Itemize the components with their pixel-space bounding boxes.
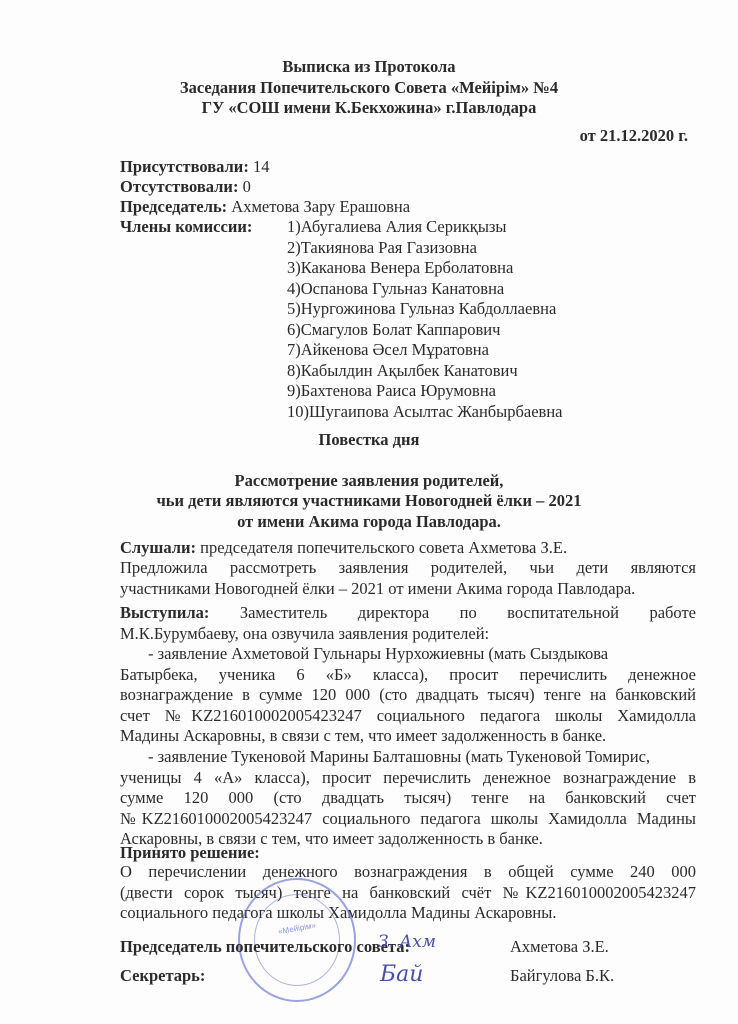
secretary-signature: Бай <box>380 962 423 987</box>
decision-label: Принято решение: <box>120 843 260 863</box>
title-line-2: Заседания Попечительского Совета «Мейірі… <box>0 78 738 98</box>
present-value: 14 <box>249 157 270 176</box>
statement-2-row-2: ученицы 4 «А» класса), просит перечислит… <box>120 768 696 789</box>
heard-row-1: Предложила рассмотреть заявления родител… <box>120 558 696 579</box>
statement-2-row-3: сумме 120 000 (сто двадцать тысяч) тенге… <box>120 788 696 809</box>
spoke-paragraph: Выступила: Заместитель директора по восп… <box>120 603 696 644</box>
member-3: 3)Каканова Венера Ерболатовна <box>287 258 513 278</box>
decision-row-1: О перечислении денежного вознаграждения … <box>120 862 696 883</box>
member-7: 7)Айкенова Әсел Мұратовна <box>287 340 489 360</box>
member-8: 8)Кабылдин Ақылбек Канатович <box>287 361 518 381</box>
chair-signature-label: Председатель попечительского совета: <box>120 937 410 957</box>
heard-line: Слушали: председателя попечительского со… <box>120 538 567 558</box>
statement-1-row-4: счет №KZ216010002005423247 социального п… <box>120 706 696 727</box>
agenda-topic-line-2: чьи дети являются участниками Новогодней… <box>0 491 738 511</box>
agenda-topic-line-1: Рассмотрение заявления родителей, <box>0 471 738 491</box>
heard-row-2: участниками Новогодней ёлки – 2021 от им… <box>120 579 696 600</box>
spoke-row-1-text: Заместитель директора по воспитательной … <box>240 603 696 622</box>
chair-label: Председатель: <box>120 197 227 216</box>
heard-label: Слушали: <box>120 538 196 557</box>
member-10: 10)Шугаипова Асылтас Жанбырбаевна <box>287 402 563 422</box>
statement-2: - заявление Тукеновой Марины Балташовны … <box>120 747 696 850</box>
member-1: 1)Абугалиева Алия Серикқызы <box>287 217 507 237</box>
decision-row-2: (двести сорок тысяч) тенге на банковский… <box>120 883 696 904</box>
statement-2-row-1: - заявление Тукеновой Марины Балташовны … <box>120 747 696 768</box>
secretary-label: Секретарь: <box>120 966 205 986</box>
agenda-topic-line-3: от имени Акима города Павлодара. <box>0 512 738 532</box>
statement-2-row-4: №KZ216010002005423247 социального педаго… <box>120 809 696 830</box>
present-label: Присутствовали: <box>120 157 249 176</box>
spoke-row-2: М.К.Бурумбаеву, она озвучила заявления р… <box>120 624 696 645</box>
heard-text: председателя попечительского совета Ахме… <box>196 538 567 557</box>
chair-signature-name: Ахметова З.Е. <box>510 937 609 957</box>
agenda-heading: Повестка дня <box>0 430 738 450</box>
chair-signature: З. Ахм <box>378 932 436 952</box>
member-6: 6)Смагулов Болат Каппарович <box>287 320 500 340</box>
absent-label: Отсутствовали: <box>120 177 238 196</box>
title-line-3: ГУ «СОШ имени К.Бекхожина» г.Павлодара <box>0 98 738 118</box>
present-line: Присутствовали: 14 <box>120 157 269 177</box>
chair-line: Председатель: Ахметова Зару Ерашовна <box>120 197 410 217</box>
statement-1-row-1: - заявление Ахметовой Гульнары Нурхожиев… <box>120 644 696 665</box>
statement-1-row-2: Батырбека, ученика 6 «Б» класса), просит… <box>120 665 696 686</box>
spoke-row-1: Выступила: Заместитель директора по восп… <box>120 603 696 624</box>
statement-1-row-3: вознаграждение в сумме 120 000 (сто двад… <box>120 685 696 706</box>
heard-paragraph: Предложила рассмотреть заявления родител… <box>120 558 696 599</box>
statement-1: - заявление Ахметовой Гульнары Нурхожиев… <box>120 644 696 747</box>
member-5: 5)Нургожинова Гульназ Кабдоллаевна <box>287 299 556 319</box>
member-2: 2)Такиянова Рая Газизовна <box>287 238 477 258</box>
decision-row-3: социального педагога школы Хамидолла Мад… <box>120 903 696 924</box>
absent-line: Отсутствовали: 0 <box>120 177 251 197</box>
member-9: 9)Бахтенова Раиса Юрумовна <box>287 381 496 401</box>
secretary-name: Байгулова Б.К. <box>510 966 614 986</box>
title-line-1: Выписка из Протокола <box>0 57 738 77</box>
protocol-date: от 21.12.2020 г. <box>580 126 688 146</box>
decision-paragraph: О перечислении денежного вознаграждения … <box>120 862 696 924</box>
chair-value: Ахметова Зару Ерашовна <box>227 197 410 216</box>
members-label: Члены комиссии: <box>120 217 252 237</box>
document-page: Выписка из Протокола Заседания Попечител… <box>0 0 738 1024</box>
statement-1-row-5: Мадины Аскаровны, в связи с тем, что име… <box>120 726 696 747</box>
member-4: 4)Оспанова Гульназ Канатовна <box>287 279 504 299</box>
spoke-label: Выступила: <box>120 603 209 622</box>
absent-value: 0 <box>238 177 250 196</box>
